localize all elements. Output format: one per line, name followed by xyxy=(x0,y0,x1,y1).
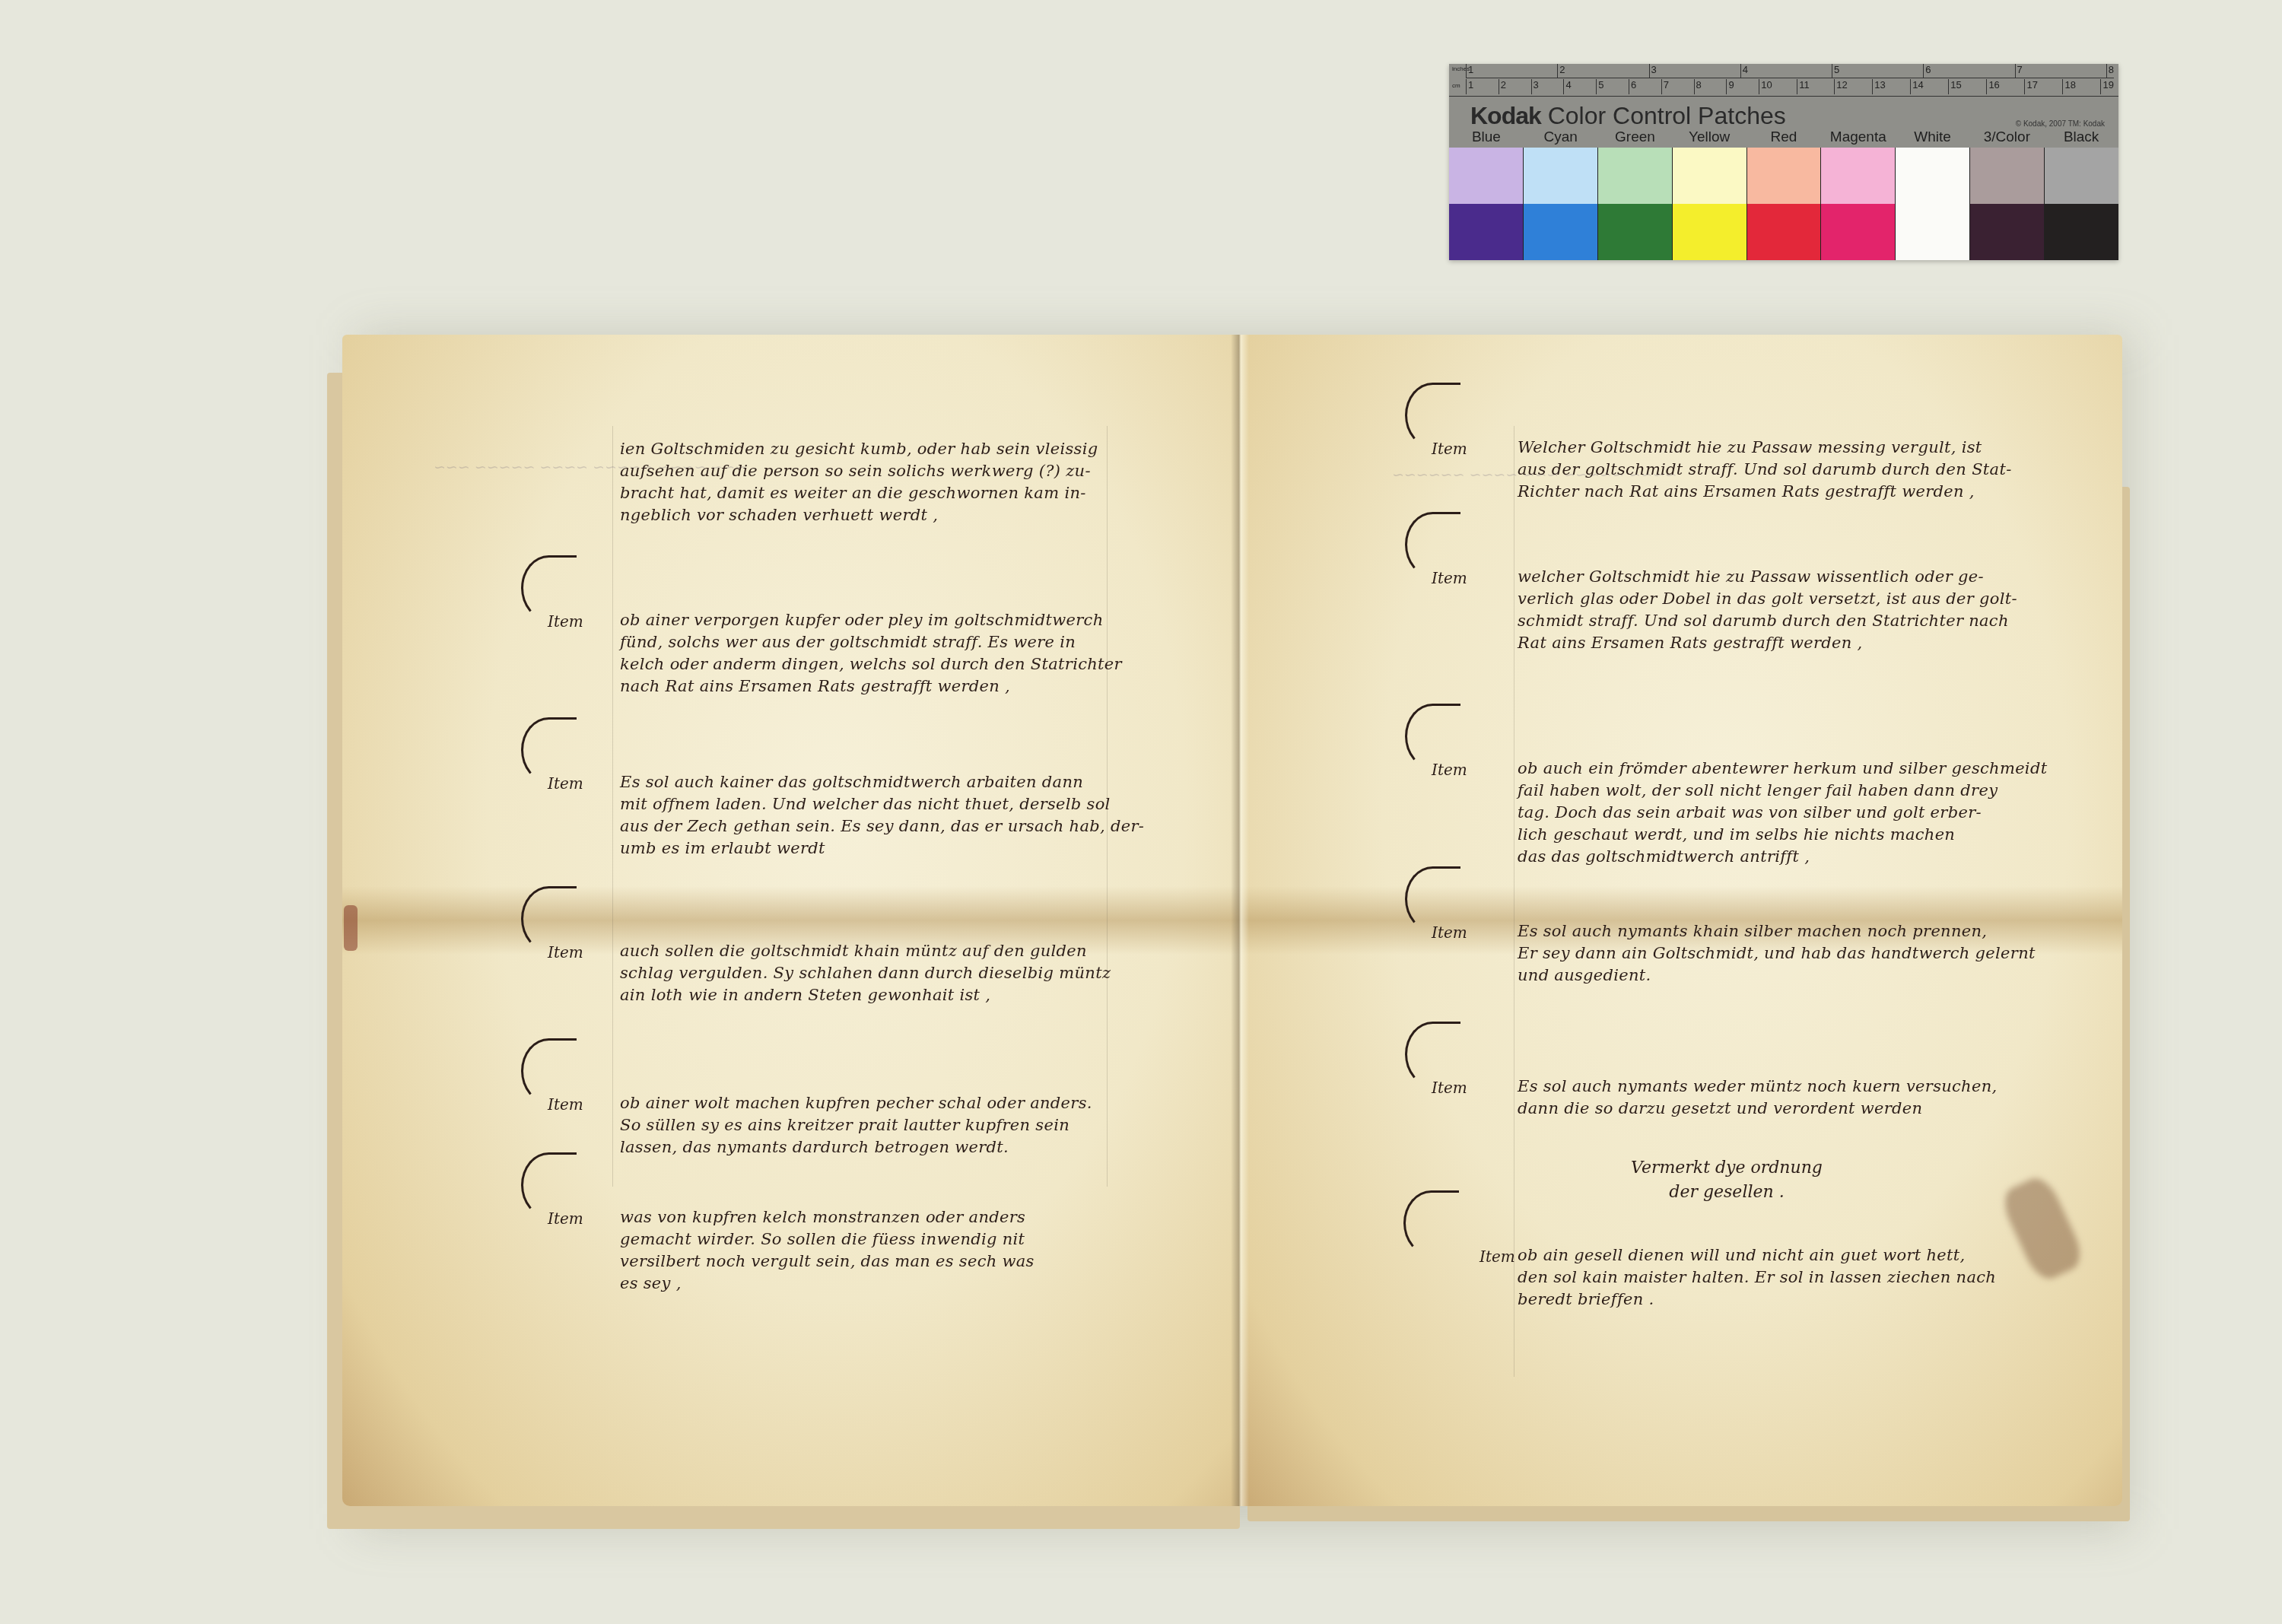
kodak-copyright: © Kodak, 2007 TM: Kodak xyxy=(2016,120,2105,129)
text-line: lassen, das nymants dardurch betrogen we… xyxy=(620,1136,1092,1158)
ordinance-entry: Es sol auch nymants weder müntz noch kue… xyxy=(1518,1076,1997,1120)
patch-label-black: Black xyxy=(2044,129,2118,146)
item-label: Item xyxy=(1432,761,1467,779)
ruler-cm-tick: 1 xyxy=(1466,79,1473,94)
patch-dark xyxy=(1821,204,1895,260)
ruler-cm: 12345678910111213141516171819 xyxy=(1466,79,2114,94)
section-heading: Vermerkt dye ordnung der gesellen . xyxy=(1590,1156,1864,1205)
ordinance-entry: was von kupfren kelch monstranzen oder a… xyxy=(620,1206,1035,1295)
ordinance-entry: welcher Goltschmidt hie zu Passaw wissen… xyxy=(1518,566,2017,654)
text-line: fünd, solchs wer aus der goltschmidt str… xyxy=(620,631,1122,653)
patch-column xyxy=(1673,148,1747,260)
gutter-fold xyxy=(1231,335,1249,1506)
text-line: ain loth wie in andern Steten gewonhait … xyxy=(620,984,1111,1006)
ordinance-entry: Es sol auch kainer das goltschmidtwerch … xyxy=(620,771,1144,860)
patch-dark xyxy=(1747,204,1821,260)
kodak-subtitle: Color Control Patches xyxy=(1548,102,1786,129)
patch-column xyxy=(1524,148,1598,260)
section-heading-line: Vermerkt dye ordnung xyxy=(1590,1156,1864,1181)
ordinance-entry: ob ainer verporgen kupfer oder pley im g… xyxy=(620,609,1122,698)
item-label: Item xyxy=(1432,569,1467,587)
ruler-cm-tick: 4 xyxy=(1563,79,1571,94)
decorated-initial-i xyxy=(521,555,577,621)
item-label: Item xyxy=(548,612,583,631)
ruling-line-left-margin xyxy=(612,426,613,1187)
ordinance-entry: auch sollen die goltschmidt khain müntz … xyxy=(620,940,1111,1006)
text-line: was von kupfren kelch monstranzen oder a… xyxy=(620,1206,1035,1228)
text-line: und ausgedient. xyxy=(1518,965,2036,987)
text-line: Richter nach Rat ains Ersamen Rats gestr… xyxy=(1518,481,2012,503)
patch-column xyxy=(1896,148,1970,260)
patch-column xyxy=(1821,148,1896,260)
text-line: Es sol auch kainer das goltschmidtwerch … xyxy=(620,771,1144,793)
kodak-title: Kodak Color Control Patches xyxy=(1470,102,1786,130)
text-line: ob ain gesell dienen will und nicht ain … xyxy=(1518,1244,1996,1266)
item-label: Item xyxy=(548,1209,583,1228)
patch-light xyxy=(1970,148,2044,204)
text-line: umb es im erlaubt werdt xyxy=(620,837,1144,860)
text-line: gemacht wirder. So sollen die füess inwe… xyxy=(620,1228,1035,1251)
text-line: dann die so darzu gesetzt und verordent … xyxy=(1518,1098,1997,1120)
ruler-cm-tick: 14 xyxy=(1910,79,1923,94)
kodak-color-target: inches cm 12345678 123456789101112131415… xyxy=(1449,64,2118,260)
text-line: verlich glas oder Dobel in das golt vers… xyxy=(1518,588,2017,610)
text-line: ob ainer verporgen kupfer oder pley im g… xyxy=(620,609,1122,631)
text-line: beredt brieffen . xyxy=(1518,1289,1996,1311)
patch-column xyxy=(1598,148,1673,260)
text-line: aus der Zech gethan sein. Es sey dann, d… xyxy=(620,815,1144,837)
patch-label-3-color: 3/Color xyxy=(1969,129,2044,146)
ruler-inch-tick: 2 xyxy=(1557,64,1565,78)
ordinance-entry: ien Goltschmiden zu gesicht kumb, oder h… xyxy=(620,438,1098,526)
ruler-inch-tick: 6 xyxy=(1923,64,1931,78)
patch-label-blue: Blue xyxy=(1449,129,1524,146)
ordinance-entry: ob ain gesell dienen will und nicht ain … xyxy=(1518,1244,1996,1311)
item-label: Item xyxy=(548,943,583,961)
ruler-cm-tick: 2 xyxy=(1499,79,1506,94)
ordinance-entry: ob ainer wolt machen kupfren pecher scha… xyxy=(620,1092,1092,1158)
text-line: versilbert noch vergult sein, das man es… xyxy=(620,1251,1035,1273)
text-line: Er sey dann ain Goltschmidt, und hab das… xyxy=(1518,942,2036,965)
decorated-initial-i xyxy=(1405,704,1460,769)
item-label: Item xyxy=(1432,440,1467,458)
patch-dark xyxy=(1970,204,2044,260)
item-label: Item xyxy=(1479,1247,1515,1266)
ruler-cm-tick: 8 xyxy=(1694,79,1702,94)
text-line: fail haben wolt, der soll nicht lenger f… xyxy=(1518,780,2047,802)
ruling-line-right-margin xyxy=(1514,426,1514,1377)
patch-light xyxy=(1673,148,1746,204)
text-line: schlag vergulden. Sy schlahen dann durch… xyxy=(620,962,1111,984)
text-line: mit offnem laden. Und welcher das nicht … xyxy=(620,793,1144,815)
patch-dark xyxy=(1896,204,1969,260)
ruler: inches cm 12345678 123456789101112131415… xyxy=(1449,64,2118,97)
text-line: auch sollen die goltschmidt khain müntz … xyxy=(620,940,1111,962)
patch-dark xyxy=(1524,204,1597,260)
ordinance-entry: Es sol auch nymants khain silber machen … xyxy=(1518,920,2036,987)
decorated-initial-i xyxy=(521,1152,577,1218)
ruler-cm-label: cm xyxy=(1452,82,1460,89)
item-label: Item xyxy=(1432,1079,1467,1097)
text-line: aus der goltschmidt straff. Und sol daru… xyxy=(1518,459,2012,481)
ruler-inch-tick: 8 xyxy=(2106,64,2114,78)
decorated-initial-i xyxy=(521,1038,577,1104)
edge-stain-left xyxy=(344,905,358,951)
patch-labels: BlueCyanGreenYellowRedMagentaWhite3/Colo… xyxy=(1449,129,2118,146)
ruler-cm-tick: 7 xyxy=(1661,79,1669,94)
ruler-cm-tick: 18 xyxy=(2062,79,2075,94)
ruler-inch-tick: 5 xyxy=(1832,64,1839,78)
patch-light xyxy=(1747,148,1821,204)
ruler-inch-tick: 7 xyxy=(2015,64,2023,78)
ordinance-entry: ob auch ein frömder abentewrer herkum un… xyxy=(1518,758,2047,868)
text-line: nach Rat ains Ersamen Rats gestrafft wer… xyxy=(620,675,1122,698)
patch-light xyxy=(1821,148,1895,204)
decorated-initial-i xyxy=(1405,512,1460,577)
patch-label-green: Green xyxy=(1598,129,1673,146)
text-line: ien Goltschmiden zu gesicht kumb, oder h… xyxy=(620,438,1098,460)
text-line: es sey , xyxy=(620,1273,1035,1295)
decorated-initial-i xyxy=(1405,383,1460,448)
patch-column xyxy=(1970,148,2045,260)
text-line: Es sol auch nymants khain silber machen … xyxy=(1518,920,2036,942)
decorated-initial-i xyxy=(521,886,577,952)
patch-label-red: Red xyxy=(1746,129,1821,146)
text-line: tag. Doch das sein arbait was von silber… xyxy=(1518,802,2047,824)
text-line: den sol kain maister halten. Er sol in l… xyxy=(1518,1266,1996,1289)
ruler-cm-tick: 17 xyxy=(2024,79,2037,94)
text-line: bracht hat, damit es weiter an die gesch… xyxy=(620,482,1098,504)
ruler-cm-tick: 15 xyxy=(1948,79,1961,94)
patch-dark xyxy=(1449,204,1523,260)
ruler-cm-tick: 5 xyxy=(1596,79,1603,94)
text-line: schmidt straff. Und sol darumb durch den… xyxy=(1518,610,2017,632)
text-line: ob ainer wolt machen kupfren pecher scha… xyxy=(620,1092,1092,1114)
text-line: das das goltschmidtwerch antrifft , xyxy=(1518,846,2047,868)
patch-dark xyxy=(1673,204,1746,260)
ruler-inch-tick: 1 xyxy=(1466,64,1473,78)
ruler-inch-tick: 3 xyxy=(1649,64,1657,78)
ruler-cm-tick: 3 xyxy=(1531,79,1539,94)
patch-column xyxy=(1449,148,1524,260)
patch-column xyxy=(1747,148,1822,260)
patch-light xyxy=(2045,148,2118,204)
color-patches xyxy=(1449,148,2118,260)
text-line: Welcher Goltschmidt hie zu Passaw messin… xyxy=(1518,437,2012,459)
item-label: Item xyxy=(548,1095,583,1114)
patch-label-magenta: Magenta xyxy=(1821,129,1896,146)
text-line: welcher Goltschmidt hie zu Passaw wissen… xyxy=(1518,566,2017,588)
text-line: Es sol auch nymants weder müntz noch kue… xyxy=(1518,1076,1997,1098)
text-line: So süllen sy es ains kreitzer prait laut… xyxy=(620,1114,1092,1136)
patch-column xyxy=(2045,148,2118,260)
text-line: ob auch ein frömder abentewrer herkum un… xyxy=(1518,758,2047,780)
patch-label-yellow: Yellow xyxy=(1672,129,1746,146)
ruler-cm-tick: 11 xyxy=(1797,79,1810,94)
ruler-inches: 12345678 xyxy=(1466,64,2114,78)
ruler-cm-tick: 10 xyxy=(1759,79,1772,94)
patch-light xyxy=(1449,148,1523,204)
text-line: ngeblich vor schaden verhuett werdt , xyxy=(620,504,1098,526)
patch-light xyxy=(1896,148,1969,204)
text-line: Rat ains Ersamen Rats gestrafft werden , xyxy=(1518,632,2017,654)
ruler-cm-tick: 19 xyxy=(2100,79,2113,94)
ruler-cm-tick: 13 xyxy=(1872,79,1885,94)
ruler-cm-tick: 9 xyxy=(1726,79,1734,94)
ruler-cm-tick: 16 xyxy=(1986,79,1999,94)
ruler-inch-tick: 4 xyxy=(1740,64,1748,78)
ruler-cm-tick: 6 xyxy=(1629,79,1636,94)
patch-light xyxy=(1598,148,1672,204)
decorated-initial-i xyxy=(521,717,577,783)
patch-label-white: White xyxy=(1896,129,1970,146)
patch-label-cyan: Cyan xyxy=(1524,129,1598,146)
item-label: Item xyxy=(1432,923,1467,942)
ordinance-entry: Welcher Goltschmidt hie zu Passaw messin… xyxy=(1518,437,2012,503)
ruler-cm-tick: 12 xyxy=(1834,79,1847,94)
text-line: aufsehen auf die person so sein solichs … xyxy=(620,460,1098,482)
section-heading-line: der gesellen . xyxy=(1590,1181,1864,1205)
decorated-initial-i xyxy=(1405,1022,1460,1087)
patch-dark xyxy=(2045,204,2118,260)
decorated-initial-i xyxy=(1405,866,1460,932)
item-label: Item xyxy=(548,774,583,793)
patch-dark xyxy=(1598,204,1672,260)
text-line: lich geschaut werdt, und im selbs hie ni… xyxy=(1518,824,2047,846)
patch-light xyxy=(1524,148,1597,204)
decorated-initial-i xyxy=(1403,1190,1459,1256)
text-line: kelch oder anderm dingen, welchs sol dur… xyxy=(620,653,1122,675)
kodak-brand: Kodak xyxy=(1470,102,1541,129)
